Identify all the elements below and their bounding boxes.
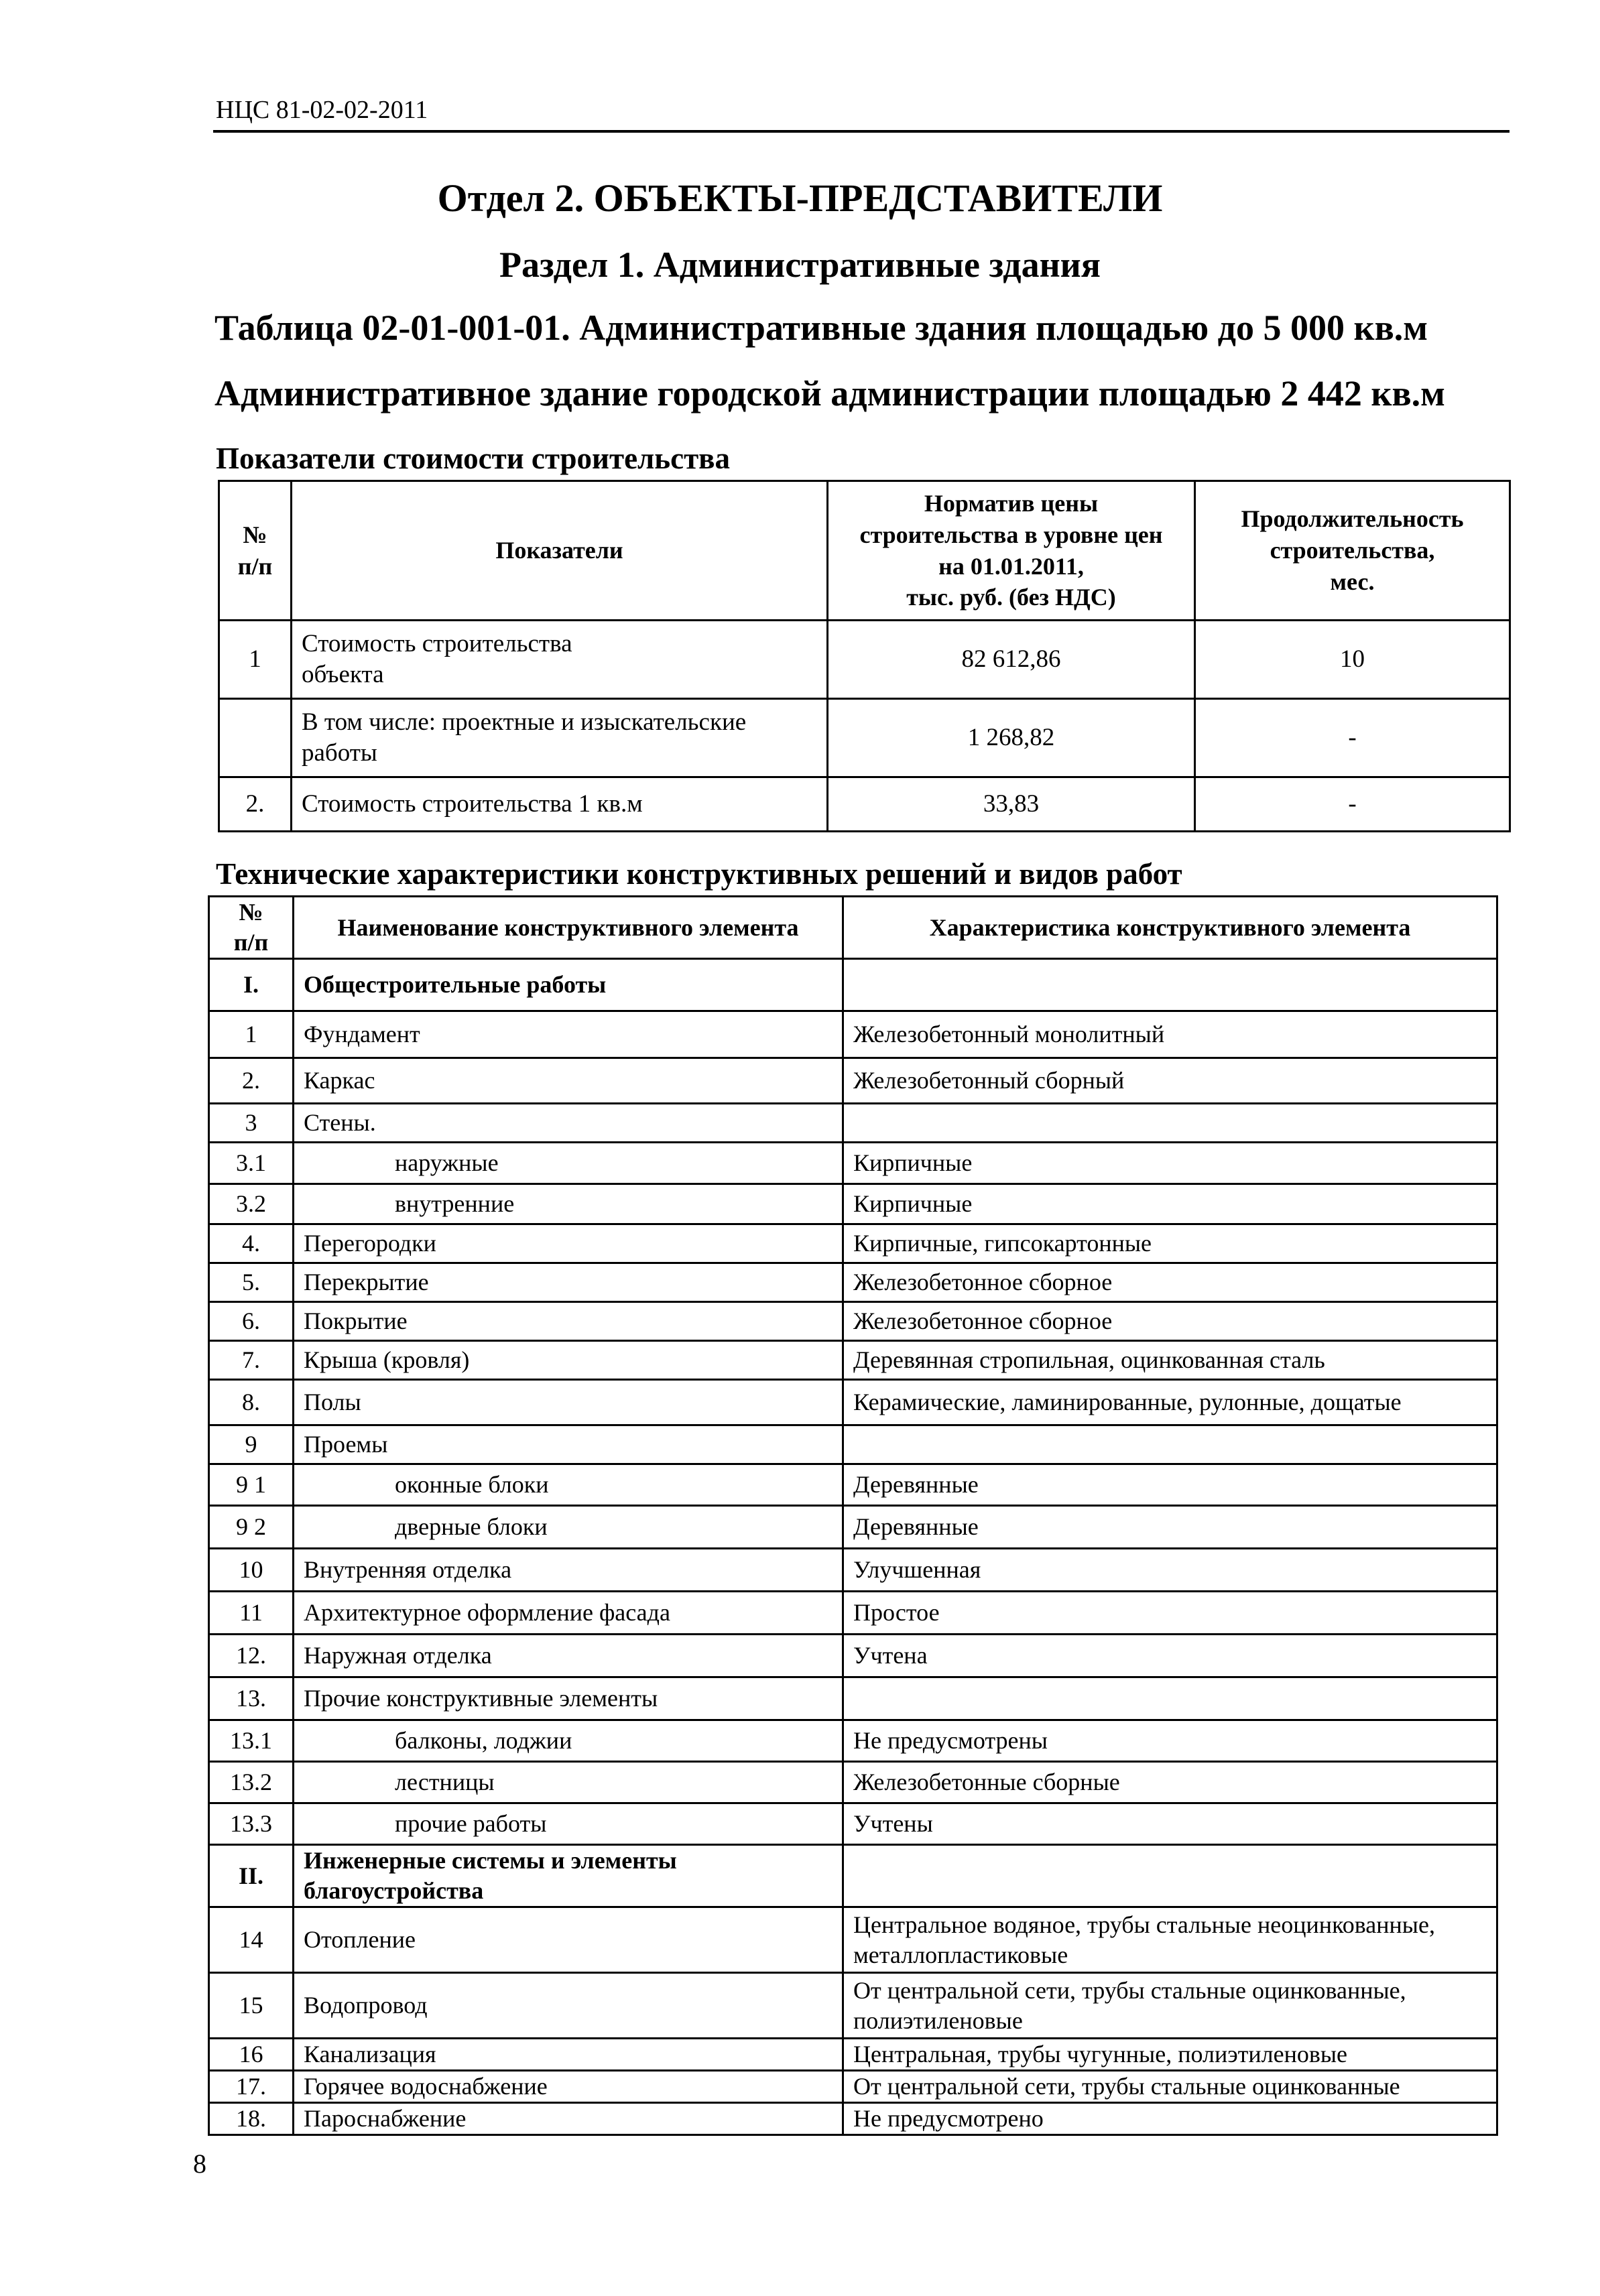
row-num: I. [209, 959, 294, 1011]
tech-table-header: № п/п Наименование конструктивного элеме… [209, 897, 1497, 959]
row-num: 17. [209, 2071, 294, 2103]
col-indicator: Показатели [292, 481, 828, 621]
row-num: 2. [209, 1058, 294, 1104]
row-element-spec: Керамические, ламинированные, рулонные, … [843, 1380, 1497, 1425]
col-duration: Продолжительность строительства, мес. [1195, 481, 1510, 621]
row-num: 3.2 [209, 1184, 294, 1224]
row-indicator: Стоимость строительства 1 кв.м [292, 777, 828, 832]
running-head: НЦС 81-02-02-2011 [216, 95, 428, 125]
table-row: 12.Наружная отделкаУчтена [209, 1635, 1497, 1677]
cost-table: №п/п Показатели Норматив цены строительс… [218, 480, 1511, 832]
row-element-name: Водопровод [294, 1973, 843, 2039]
tech-section-heading: Технические характеристики конструктивны… [216, 856, 1182, 891]
row-element-name: Полы [294, 1380, 843, 1425]
row-element-spec: Учтена [843, 1635, 1497, 1677]
row-element-spec [843, 959, 1497, 1011]
row-element-name: прочие работы [294, 1803, 843, 1845]
row-element-spec: Деревянные [843, 1464, 1497, 1506]
row-price: 82 612,86 [828, 621, 1195, 699]
row-num: 18. [209, 2103, 294, 2135]
table-row: 3.1наружныеКирпичные [209, 1143, 1497, 1184]
row-num: 10 [209, 1549, 294, 1592]
row-element-name: Крыша (кровля) [294, 1341, 843, 1380]
row-element-spec: Деревянные [843, 1506, 1497, 1549]
row-num: 11 [209, 1592, 294, 1635]
table-row: 9 2дверные блокиДеревянные [209, 1506, 1497, 1549]
row-element-name: Горячее водоснабжение [294, 2071, 843, 2103]
row-element-spec: Деревянная стропильная, оцинкованная ста… [843, 1341, 1497, 1380]
row-element-name: Инженерные системы и элементы благоустро… [294, 1845, 843, 1907]
table-row: 14ОтоплениеЦентральное водяное, трубы ст… [209, 1907, 1497, 1973]
row-num [219, 699, 292, 777]
row-element-spec: Простое [843, 1592, 1497, 1635]
row-element-spec [843, 1104, 1497, 1143]
row-num: II. [209, 1845, 294, 1907]
row-num: 15 [209, 1973, 294, 2039]
table-row: 7.Крыша (кровля)Деревянная стропильная, … [209, 1341, 1497, 1380]
row-num: 2. [219, 777, 292, 832]
row-num: 13.2 [209, 1762, 294, 1803]
row-element-name: Канализация [294, 2039, 843, 2071]
col-spec: Характеристика конструктивного элемента [843, 897, 1497, 959]
row-num: 9 2 [209, 1506, 294, 1549]
row-element-name: наружные [294, 1143, 843, 1184]
col-num: № п/п [209, 897, 294, 959]
row-price: 1 268,82 [828, 699, 1195, 777]
table-row: 9Проемы [209, 1425, 1497, 1464]
row-element-name: Архитектурное оформление фасада [294, 1592, 843, 1635]
row-num: 16 [209, 2039, 294, 2071]
row-element-spec: Железобетонный монолитный [843, 1011, 1497, 1058]
header-rule [213, 130, 1510, 133]
row-element-spec: Не предусмотрены [843, 1720, 1497, 1762]
table-row: 13.3прочие работыУчтены [209, 1803, 1497, 1845]
page-number: 8 [193, 2148, 206, 2179]
row-element-spec [843, 1845, 1497, 1907]
row-duration: - [1195, 699, 1510, 777]
table-row: 4.ПерегородкиКирпичные, гипсокартонные [209, 1224, 1497, 1263]
row-duration: 10 [1195, 621, 1510, 699]
row-element-spec: Железобетонное сборное [843, 1263, 1497, 1302]
cost-table-header: №п/п Показатели Норматив цены строительс… [219, 481, 1510, 621]
group-row: II.Инженерные системы и элементы благоус… [209, 1845, 1497, 1907]
row-element-name: Внутренняя отделка [294, 1549, 843, 1592]
row-element-name: Проемы [294, 1425, 843, 1464]
row-element-spec: Железобетонные сборные [843, 1762, 1497, 1803]
col-price: Норматив цены строительства в уровне цен… [828, 481, 1195, 621]
row-element-spec [843, 1677, 1497, 1720]
row-element-spec: Кирпичные, гипсокартонные [843, 1224, 1497, 1263]
row-element-spec: Кирпичные [843, 1143, 1497, 1184]
row-element-spec: Железобетонный сборный [843, 1058, 1497, 1104]
table-row: 15ВодопроводОт центральной сети, трубы с… [209, 1973, 1497, 2039]
table-row: 8.ПолыКерамические, ламинированные, руло… [209, 1380, 1497, 1425]
row-element-name: Перекрытие [294, 1263, 843, 1302]
row-element-spec: От центральной сети, трубы стальные оцин… [843, 1973, 1497, 2039]
table-row: 13.2лестницыЖелезобетонные сборные [209, 1762, 1497, 1803]
row-num: 3 [209, 1104, 294, 1143]
tech-table-body: I.Общестроительные работы1ФундаментЖелез… [209, 959, 1497, 2135]
group-row: I.Общестроительные работы [209, 959, 1497, 1011]
row-num: 5. [209, 1263, 294, 1302]
row-element-spec: Центральная, трубы чугунные, полиэтилено… [843, 2039, 1497, 2071]
row-element-name: Наружная отделка [294, 1635, 843, 1677]
tech-table: № п/п Наименование конструктивного элеме… [208, 895, 1498, 2136]
division-title: Отдел 2. ОБЪЕКТЫ-ПРЕДСТАВИТЕЛИ [0, 176, 1600, 220]
row-element-name: Стены. [294, 1104, 843, 1143]
row-element-spec: Не предусмотрено [843, 2103, 1497, 2135]
row-num: 6. [209, 1302, 294, 1341]
table-row: 3.2внутренниеКирпичные [209, 1184, 1497, 1224]
row-element-name: дверные блоки [294, 1506, 843, 1549]
row-element-spec: Учтены [843, 1803, 1497, 1845]
col-name: Наименование конструктивного элемента [294, 897, 843, 959]
object-title: Административное здание городской админи… [214, 373, 1445, 414]
row-element-name: оконные блоки [294, 1464, 843, 1506]
row-element-spec: Улучшенная [843, 1549, 1497, 1592]
row-element-spec: Кирпичные [843, 1184, 1497, 1224]
table-row: 9 1оконные блокиДеревянные [209, 1464, 1497, 1506]
table-row: 2. Стоимость строительства 1 кв.м 33,83 … [219, 777, 1510, 832]
row-element-spec [843, 1425, 1497, 1464]
row-num: 13.3 [209, 1803, 294, 1845]
row-element-name: балконы, лоджии [294, 1720, 843, 1762]
col-num: №п/п [219, 481, 292, 621]
row-element-name: Прочие конструктивные элементы [294, 1677, 843, 1720]
table-row: 13.1балконы, лоджииНе предусмотрены [209, 1720, 1497, 1762]
row-element-name: Каркас [294, 1058, 843, 1104]
table-row: 18.ПароснабжениеНе предусмотрено [209, 2103, 1497, 2135]
row-num: 9 1 [209, 1464, 294, 1506]
table-title: Таблица 02-01-001-01. Административные з… [214, 307, 1428, 348]
table-row: 17.Горячее водоснабжениеОт центральной с… [209, 2071, 1497, 2103]
row-element-name: внутренние [294, 1184, 843, 1224]
cost-section-heading: Показатели стоимости строительства [216, 441, 730, 476]
row-element-spec: От центральной сети, трубы стальные оцин… [843, 2071, 1497, 2103]
row-num: 7. [209, 1341, 294, 1380]
row-element-name: Перегородки [294, 1224, 843, 1263]
row-num: 1 [209, 1011, 294, 1058]
row-element-spec: Железобетонное сборное [843, 1302, 1497, 1341]
row-element-name: Пароснабжение [294, 2103, 843, 2135]
table-row: 10Внутренняя отделкаУлучшенная [209, 1549, 1497, 1592]
row-num: 13.1 [209, 1720, 294, 1762]
table-row: 11Архитектурное оформление фасадаПростое [209, 1592, 1497, 1635]
row-indicator: Стоимость строительства объекта [292, 621, 828, 699]
row-element-name: Общестроительные работы [294, 959, 843, 1011]
table-row: 1ФундаментЖелезобетонный монолитный [209, 1011, 1497, 1058]
table-row: 6.ПокрытиеЖелезобетонное сборное [209, 1302, 1497, 1341]
row-num: 4. [209, 1224, 294, 1263]
table-row: 2.КаркасЖелезобетонный сборный [209, 1058, 1497, 1104]
row-price: 33,83 [828, 777, 1195, 832]
row-element-name: Покрытие [294, 1302, 843, 1341]
row-num: 14 [209, 1907, 294, 1973]
table-row: 3Стены. [209, 1104, 1497, 1143]
row-num: 3.1 [209, 1143, 294, 1184]
row-element-spec: Центральное водяное, трубы стальные неоц… [843, 1907, 1497, 1973]
row-indicator: В том числе: проектные и изыскательские … [292, 699, 828, 777]
table-row: 1 Стоимость строительства объекта 82 612… [219, 621, 1510, 699]
row-num: 12. [209, 1635, 294, 1677]
row-element-name: Фундамент [294, 1011, 843, 1058]
row-element-name: Отопление [294, 1907, 843, 1973]
row-num: 9 [209, 1425, 294, 1464]
row-num: 8. [209, 1380, 294, 1425]
row-num: 13. [209, 1677, 294, 1720]
section-title: Раздел 1. Административные здания [0, 244, 1600, 285]
table-row: 13.Прочие конструктивные элементы [209, 1677, 1497, 1720]
row-duration: - [1195, 777, 1510, 832]
row-element-name: лестницы [294, 1762, 843, 1803]
row-num: 1 [219, 621, 292, 699]
table-row: 5.ПерекрытиеЖелезобетонное сборное [209, 1263, 1497, 1302]
table-row: В том числе: проектные и изыскательские … [219, 699, 1510, 777]
table-row: 16КанализацияЦентральная, трубы чугунные… [209, 2039, 1497, 2071]
